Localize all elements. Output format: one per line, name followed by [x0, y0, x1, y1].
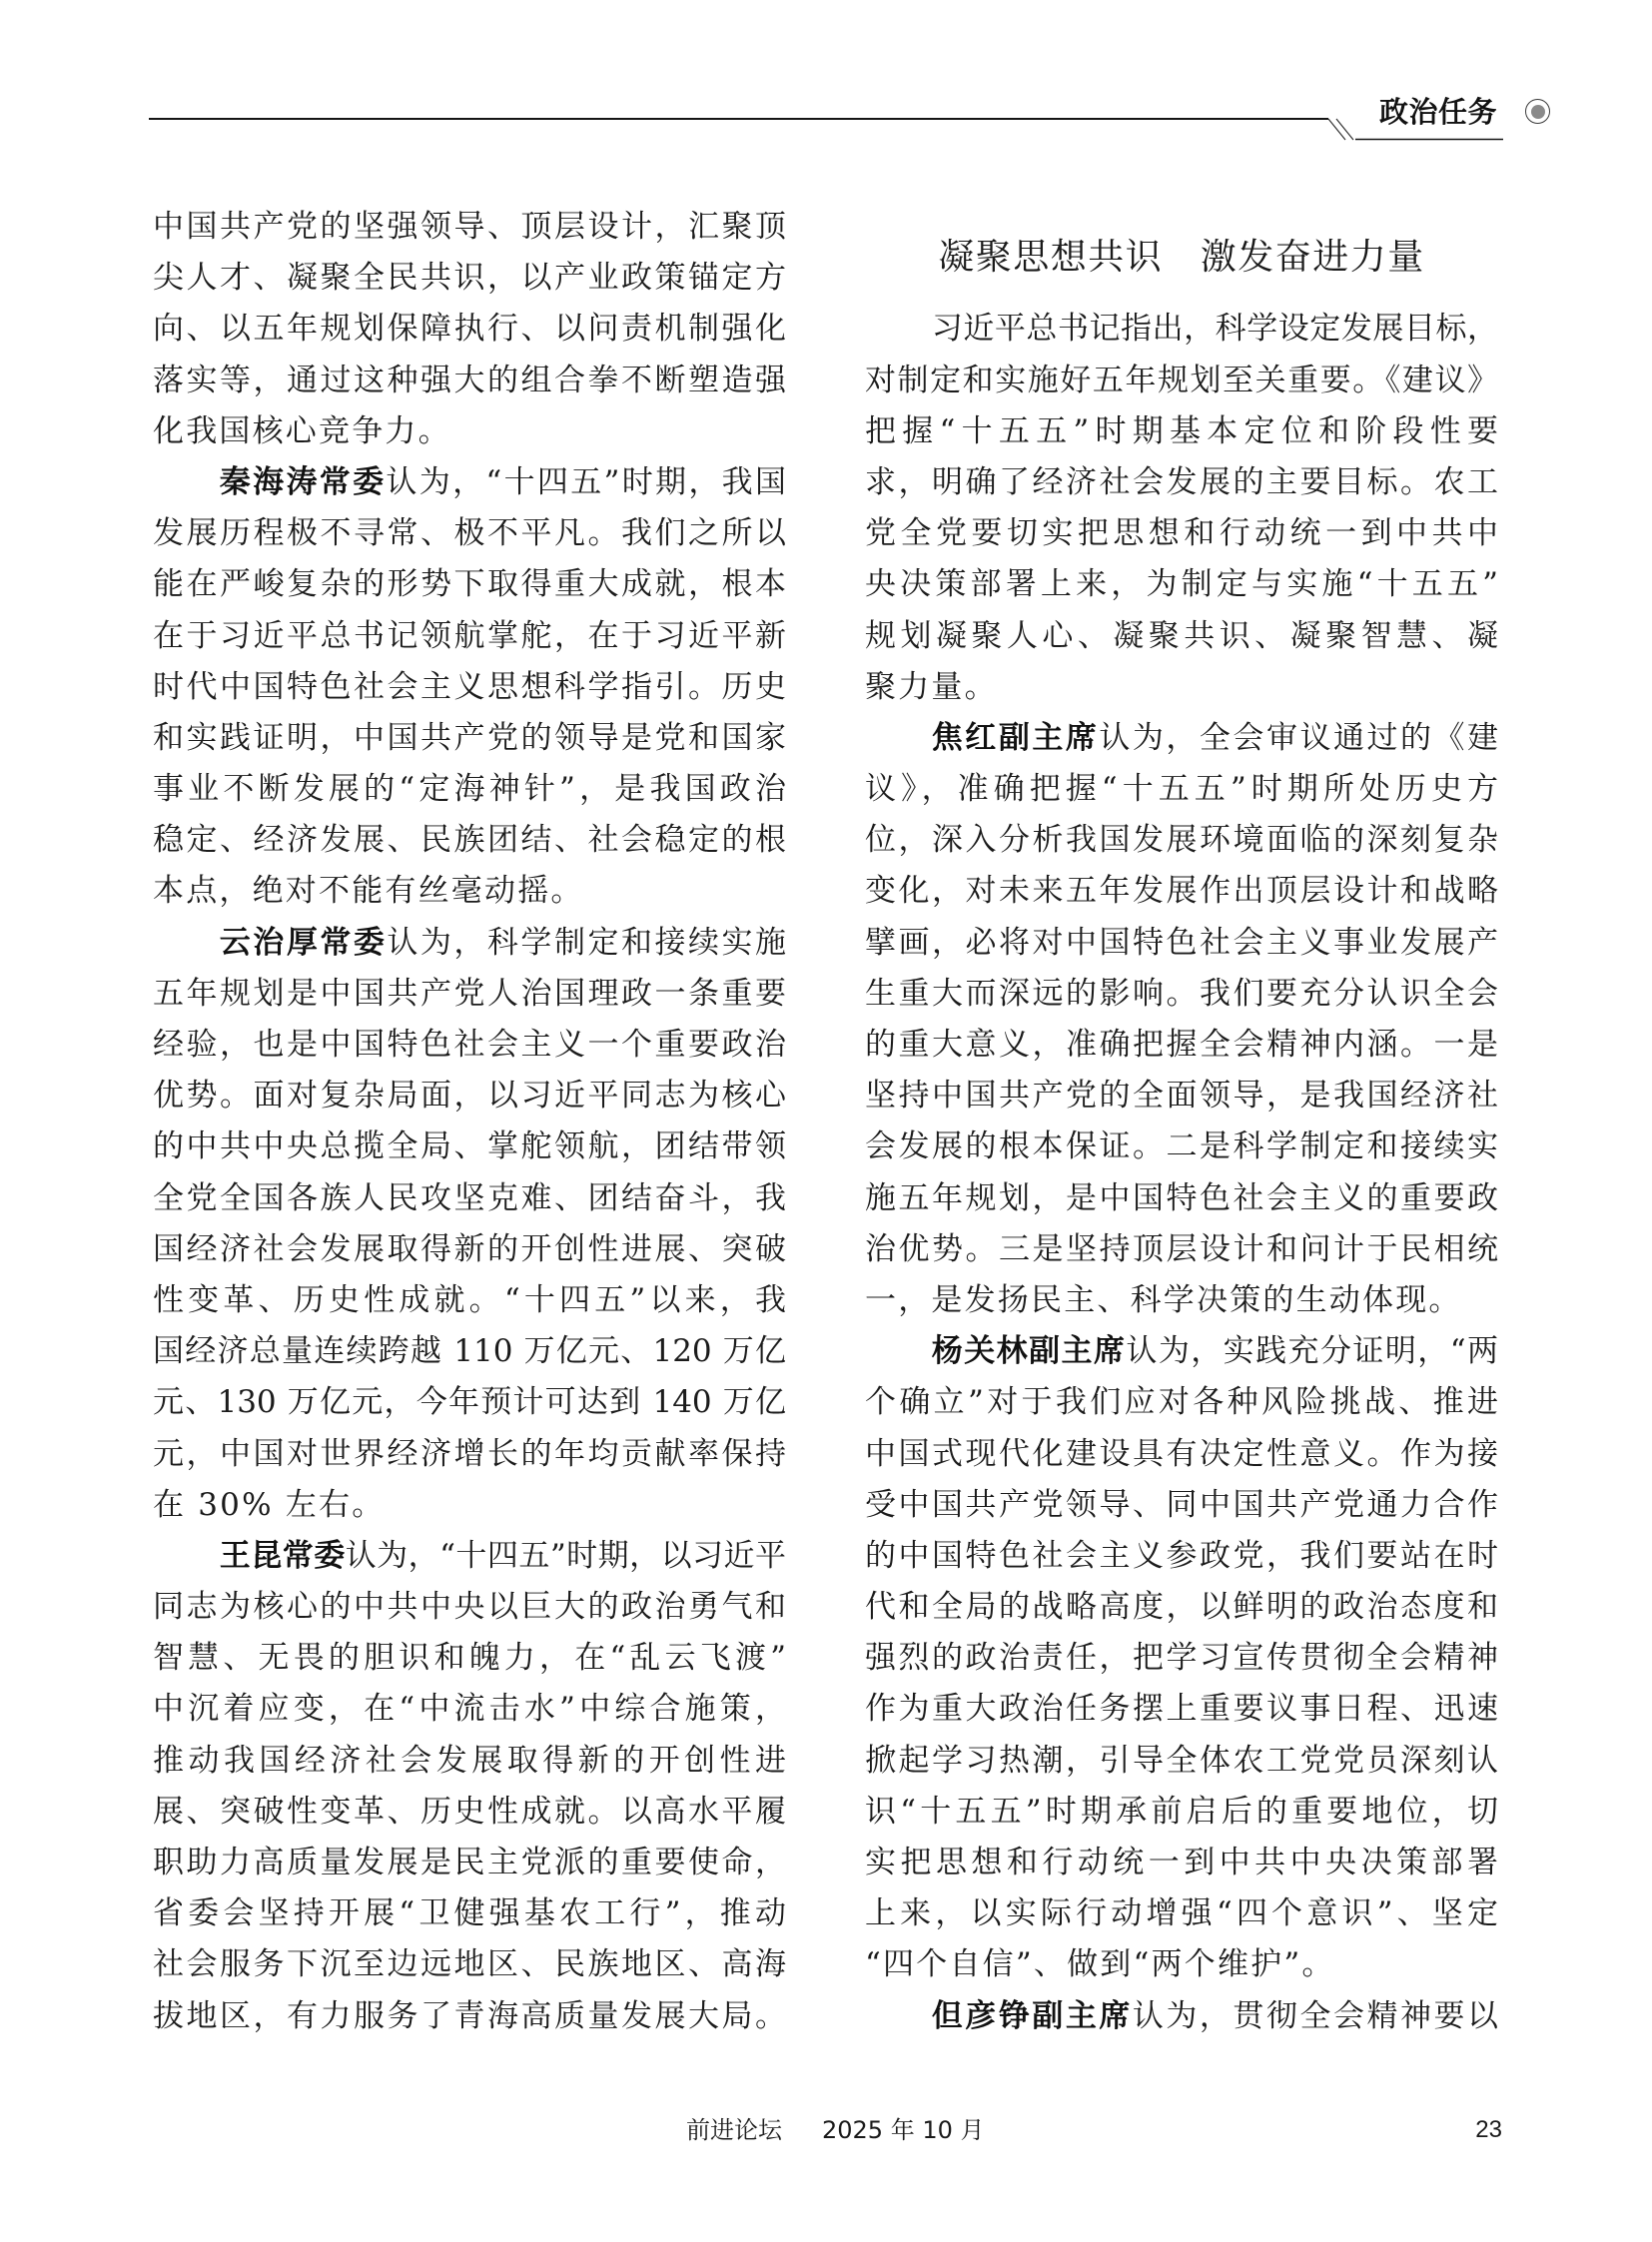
text-line: 生重大而深远的影响。我们要充分认识全会: [865, 969, 1498, 1020]
text-line: 治优势。三是坚持顶层设计和问计于民相统: [865, 1224, 1498, 1275]
text-line: 擘画，必将对中国特色社会主义事业发展产: [865, 918, 1498, 969]
text-line: 向、以五年规划保障执行、以问责机制强化: [153, 304, 786, 355]
text-line: 尖人才、凝聚全民共识，以产业政策锚定方: [153, 253, 786, 304]
text-line: 但彦铮副主席认为，贯彻全会精神要以: [865, 1991, 1498, 2042]
text-line: “四个自信”、做到“两个维护”。: [865, 1939, 1498, 1990]
text-line: 把握“十五五”时期基本定位和阶段性要: [865, 406, 1498, 457]
text-line: 杨关林副主席认为，实践充分证明，“两: [865, 1326, 1498, 1377]
text-line: 同志为核心的中共中央以巨大的政治勇气和: [153, 1582, 786, 1633]
text-line: 国经济社会发展取得新的开创性进展、突破: [153, 1224, 786, 1275]
paragraph: 但彦铮副主席认为，贯彻全会精神要以: [865, 1991, 1498, 2042]
text-line: 职助力高质量发展是民主党派的重要使命，: [153, 1838, 786, 1888]
text-line: 的中共中央总揽全局、掌舵领航，团结带领: [153, 1121, 786, 1172]
text-line: 党全党要切实把思想和行动统一到中共中: [865, 508, 1498, 559]
text-line: 落实等，通过这种强大的组合拳不断塑造强: [153, 356, 786, 406]
text-line: 元，中国对世界经济增长的年均贡献率保持: [153, 1429, 786, 1480]
magazine-page: 政治任务 中国共产党的坚强领导、顶层设计，汇聚顶 尖人才、凝聚全民共识，以产业政…: [0, 0, 1652, 2242]
text-line: 发展历程极不寻常、极不平凡。我们之所以: [153, 508, 786, 559]
text-line: 推动我国经济社会发展取得新的开创性进: [153, 1736, 786, 1787]
text-line: 优势。面对复杂局面，以习近平同志为核心: [153, 1071, 786, 1121]
text-line: 五年规划是中国共产党人治国理政一条重要: [153, 969, 786, 1020]
left-column: 中国共产党的坚强领导、顶层设计，汇聚顶 尖人才、凝聚全民共识，以产业政策锚定方 …: [153, 202, 786, 2042]
text-line: 性变革、历史性成就。“十四五”以来，我: [153, 1275, 786, 1326]
text-line: 社会服务下沉至边远地区、民族地区、高海: [153, 1939, 786, 1990]
line-text: 认为，科学制定和接续实施: [387, 925, 786, 961]
text-line: 作为重大政治任务摆上重要议事日程、迅速: [865, 1684, 1498, 1735]
publication-name: 前进论坛: [686, 2116, 782, 2144]
text-line: 能在严峻复杂的形势下取得重大成就，根本: [153, 559, 786, 610]
text-line: 央决策部署上来，为制定与实施“十五五”: [865, 559, 1498, 610]
text-line: 坚持中国共产党的全面领导，是我国经济社: [865, 1071, 1498, 1121]
section-title: 政治任务: [1379, 96, 1497, 129]
text-line: 秦海涛常委认为，“十四五”时期，我国: [153, 457, 786, 508]
text-line: 上来，以实际行动增强“四个意识”、坚定: [865, 1888, 1498, 1939]
text-line: 国经济总量连续跨越 110 万亿元、120 万亿: [153, 1326, 786, 1377]
page-number: 23: [1470, 2115, 1502, 2145]
text-line: 智慧、无畏的胆识和魄力，在“乱云飞渡”: [153, 1633, 786, 1684]
text-line: 中沉着应变，在“中流击水”中综合施策，: [153, 1684, 786, 1735]
paragraph: 王昆常委认为，“十四五”时期，以习近平 同志为核心的中共中央以巨大的政治勇气和 …: [153, 1531, 786, 2042]
text-line: 稳定、经济发展、民族团结、社会稳定的根: [153, 815, 786, 866]
text-line: 在于习近平总书记领航掌舵，在于习近平新: [153, 611, 786, 662]
line-text: 认为，“十四五”时期，以习近平: [346, 1538, 786, 1574]
text-line: 聚力量。: [865, 662, 1498, 713]
text-line: 变化，对未来五年发展作出顶层设计和战略: [865, 866, 1498, 917]
text-line: 受中国共产党领导、同中国共产党通力合作: [865, 1480, 1498, 1531]
paragraph: 云治厚常委认为，科学制定和接续实施 五年规划是中国共产党人治国理政一条重要 经验…: [153, 918, 786, 1531]
text-line: 元、130 万亿元，今年预计可达到 140 万亿: [153, 1377, 786, 1428]
text-line: 掀起学习热潮，引导全体农工党党员深刻认: [865, 1736, 1498, 1787]
paragraph: 焦红副主席认为，全会审议通过的《建 议》，准确把握“十五五”时期所处历史方 位，…: [865, 713, 1498, 1326]
text-line: 本点，绝对不能有丝毫动摇。: [153, 866, 786, 917]
paragraph: 中国共产党的坚强领导、顶层设计，汇聚顶 尖人才、凝聚全民共识，以产业政策锚定方 …: [153, 202, 786, 457]
text-line: 拔地区，有力服务了青海高质量发展大局。: [153, 1991, 786, 2042]
text-line: 事业不断发展的“定海神针”，是我国政治: [153, 764, 786, 815]
text-line: 代和全局的战略高度，以鲜明的政治态度和: [865, 1582, 1498, 1633]
text-line: 的重大意义，准确把握全会精神内涵。一是: [865, 1020, 1498, 1071]
paragraph: 习近平总书记指出，科学设定发展目标， 对制定和实施好五年规划至关重要。《建议》 …: [865, 304, 1498, 713]
target-dot: [1531, 105, 1545, 119]
text-line: 经验，也是中国特色社会主义一个重要政治: [153, 1020, 786, 1071]
text-line: 会发展的根本保证。二是科学制定和接续实: [865, 1121, 1498, 1172]
text-line: 求，明确了经济社会发展的主要目标。农工: [865, 457, 1498, 508]
text-line: 云治厚常委认为，科学制定和接续实施: [153, 918, 786, 969]
header-rule: [0, 0, 1652, 160]
text-line: 一，是发扬民主、科学决策的生动体现。: [865, 1275, 1498, 1326]
text-line: 中国共产党的坚强领导、顶层设计，汇聚顶: [153, 202, 786, 253]
text-line: 时代中国特色社会主义思想科学指引。历史: [153, 662, 786, 713]
line-text: 认为，贯彻全会精神要以: [1133, 1998, 1498, 2034]
paragraph: 秦海涛常委认为，“十四五”时期，我国 发展历程极不寻常、极不平凡。我们之所以 能…: [153, 457, 786, 918]
text-line: 展、突破性变革、历史性成就。以高水平履: [153, 1787, 786, 1838]
paragraph: 杨关林副主席认为，实践充分证明，“两 个确立”对于我们应对各种风险挑战、推进 中…: [865, 1326, 1498, 1990]
text-line: 王昆常委认为，“十四五”时期，以习近平: [153, 1531, 786, 1582]
speaker-name: 杨关林副主席: [932, 1333, 1127, 1369]
text-line: 焦红副主席认为，全会审议通过的《建: [865, 713, 1498, 764]
text-line: 规划凝聚人心、凝聚共识、凝聚智慧、凝: [865, 611, 1498, 662]
text-line: 实把思想和行动统一到中共中央决策部署: [865, 1838, 1498, 1888]
text-line: 议》，准确把握“十五五”时期所处历史方: [865, 764, 1498, 815]
line-text: 认为，全会审议通过的《建: [1099, 720, 1498, 756]
text-line: 位，深入分析我国发展环境面临的深刻复杂: [865, 815, 1498, 866]
line-text: 认为，实践充分证明，“两: [1126, 1333, 1498, 1369]
footer-publication-info: 前进论坛2025 年 10 月: [686, 2115, 985, 2145]
text-line: 强烈的政治责任，把学习宣传贯彻全会精神: [865, 1633, 1498, 1684]
speaker-name: 云治厚常委: [220, 925, 388, 961]
text-line: 在 30% 左右。: [153, 1480, 786, 1531]
right-column: 习近平总书记指出，科学设定发展目标， 对制定和实施好五年规划至关重要。《建议》 …: [865, 304, 1498, 2041]
issue-date: 2025 年 10 月: [822, 2116, 985, 2144]
text-line: 省委会坚持开展“卫健强基农工行”，推动: [153, 1888, 786, 1939]
speaker-name: 但彦铮副主席: [932, 1998, 1133, 2034]
text-line: 的中国特色社会主义参政党，我们要站在时: [865, 1531, 1498, 1582]
text-line: 习近平总书记指出，科学设定发展目标，: [865, 304, 1498, 355]
line-text: 认为，“十四五”时期，我国: [386, 464, 786, 500]
text-line: 识“十五五”时期承前启后的重要地位，切: [865, 1787, 1498, 1838]
text-line: 个确立”对于我们应对各种风险挑战、推进: [865, 1377, 1498, 1428]
target-circle-icon: [1525, 99, 1550, 124]
text-line: 化我国核心竞争力。: [153, 406, 786, 457]
text-line: 施五年规划，是中国特色社会主义的重要政: [865, 1173, 1498, 1224]
speaker-name: 焦红副主席: [932, 720, 1100, 756]
text-line: 和实践证明，中国共产党的领导是党和国家: [153, 713, 786, 764]
text-line: 对制定和实施好五年规划至关重要。《建议》: [865, 356, 1498, 406]
speaker-name: 王昆常委: [220, 1538, 346, 1574]
text-line: 中国式现代化建设具有决定性意义。作为接: [865, 1429, 1498, 1480]
section-heading: 凝聚思想共识 激发奋进力量: [865, 232, 1498, 283]
speaker-name: 秦海涛常委: [220, 464, 387, 500]
text-line: 全党全国各族人民攻坚克难、团结奋斗，我: [153, 1173, 786, 1224]
